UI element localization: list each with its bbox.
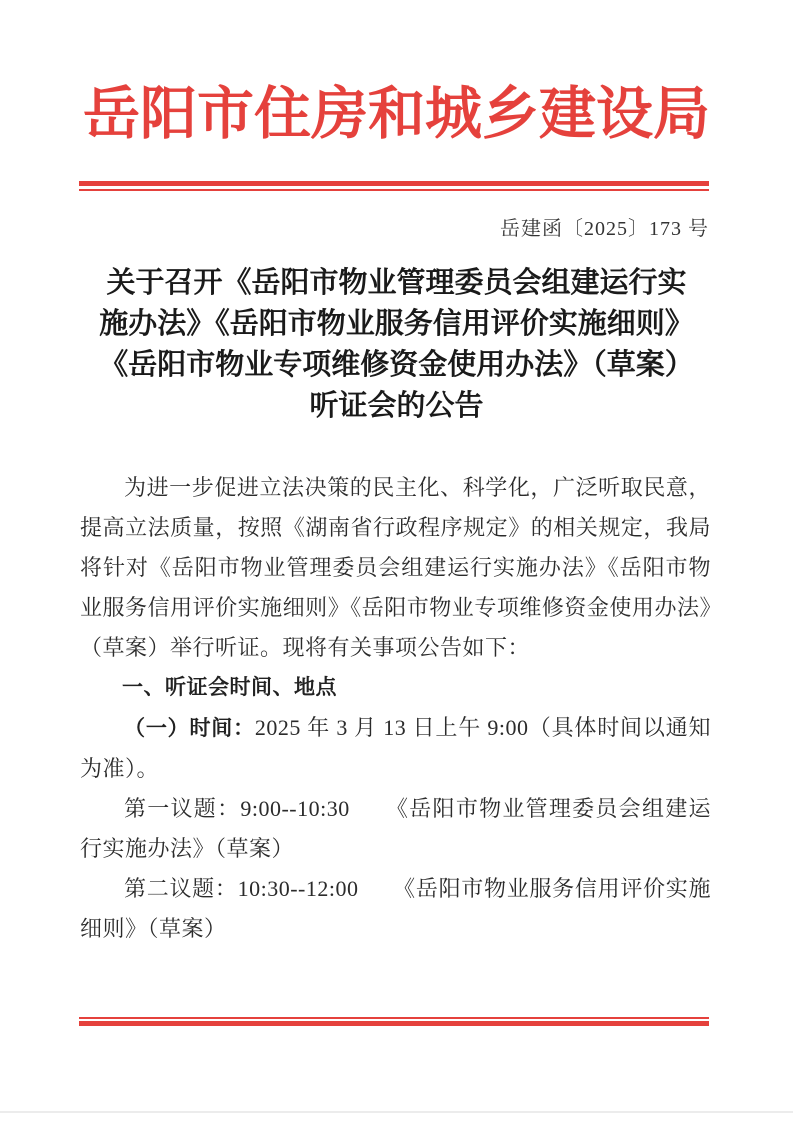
agency-letterhead: 岳阳市住房和城乡建设局 (40, 86, 753, 143)
title-line: 听证会的公告 (60, 386, 733, 427)
document-number: 岳建函〔2025〕173 号 (500, 212, 709, 241)
section-heading-time-place: 一、听证会时间、地点 (80, 668, 711, 708)
page-bottom-edge (0, 1111, 793, 1113)
title-line: 关于召开《岳阳市物业管理委员会组建运行实 (60, 263, 733, 304)
letterhead-double-rule (79, 181, 709, 191)
footer-double-rule (79, 1017, 709, 1026)
time-paragraph: （一）时间：2025 年 3 月 13 日上午 9:00（具体时间以通知为准）。 (80, 708, 711, 789)
agenda-item-1: 第一议题：9:00--10:30 《岳阳市物业管理委员会组建运行实施办法》（草案… (80, 789, 711, 869)
intro-paragraph: 为进一步促进立法决策的民主化、科学化，广泛听取民意，提高立法质量，按照《湖南省行… (80, 468, 711, 668)
document-body: 为进一步促进立法决策的民主化、科学化，广泛听取民意，提高立法质量，按照《湖南省行… (80, 468, 711, 949)
title-line: 施办法》《岳阳市物业服务信用评价实施细则》 (60, 304, 733, 345)
agenda-item-2: 第二议题：10:30--12:00 《岳阳市物业服务信用评价实施细则》（草案） (80, 869, 711, 949)
time-label: （一）时间： (124, 717, 255, 740)
document-page: 岳阳市住房和城乡建设局 岳建函〔2025〕173 号 关于召开《岳阳市物业管理委… (0, 0, 793, 1122)
title-line: 《岳阳市物业专项维修资金使用办法》（草案） (60, 345, 733, 386)
document-title: 关于召开《岳阳市物业管理委员会组建运行实 施办法》《岳阳市物业服务信用评价实施细… (60, 263, 733, 427)
